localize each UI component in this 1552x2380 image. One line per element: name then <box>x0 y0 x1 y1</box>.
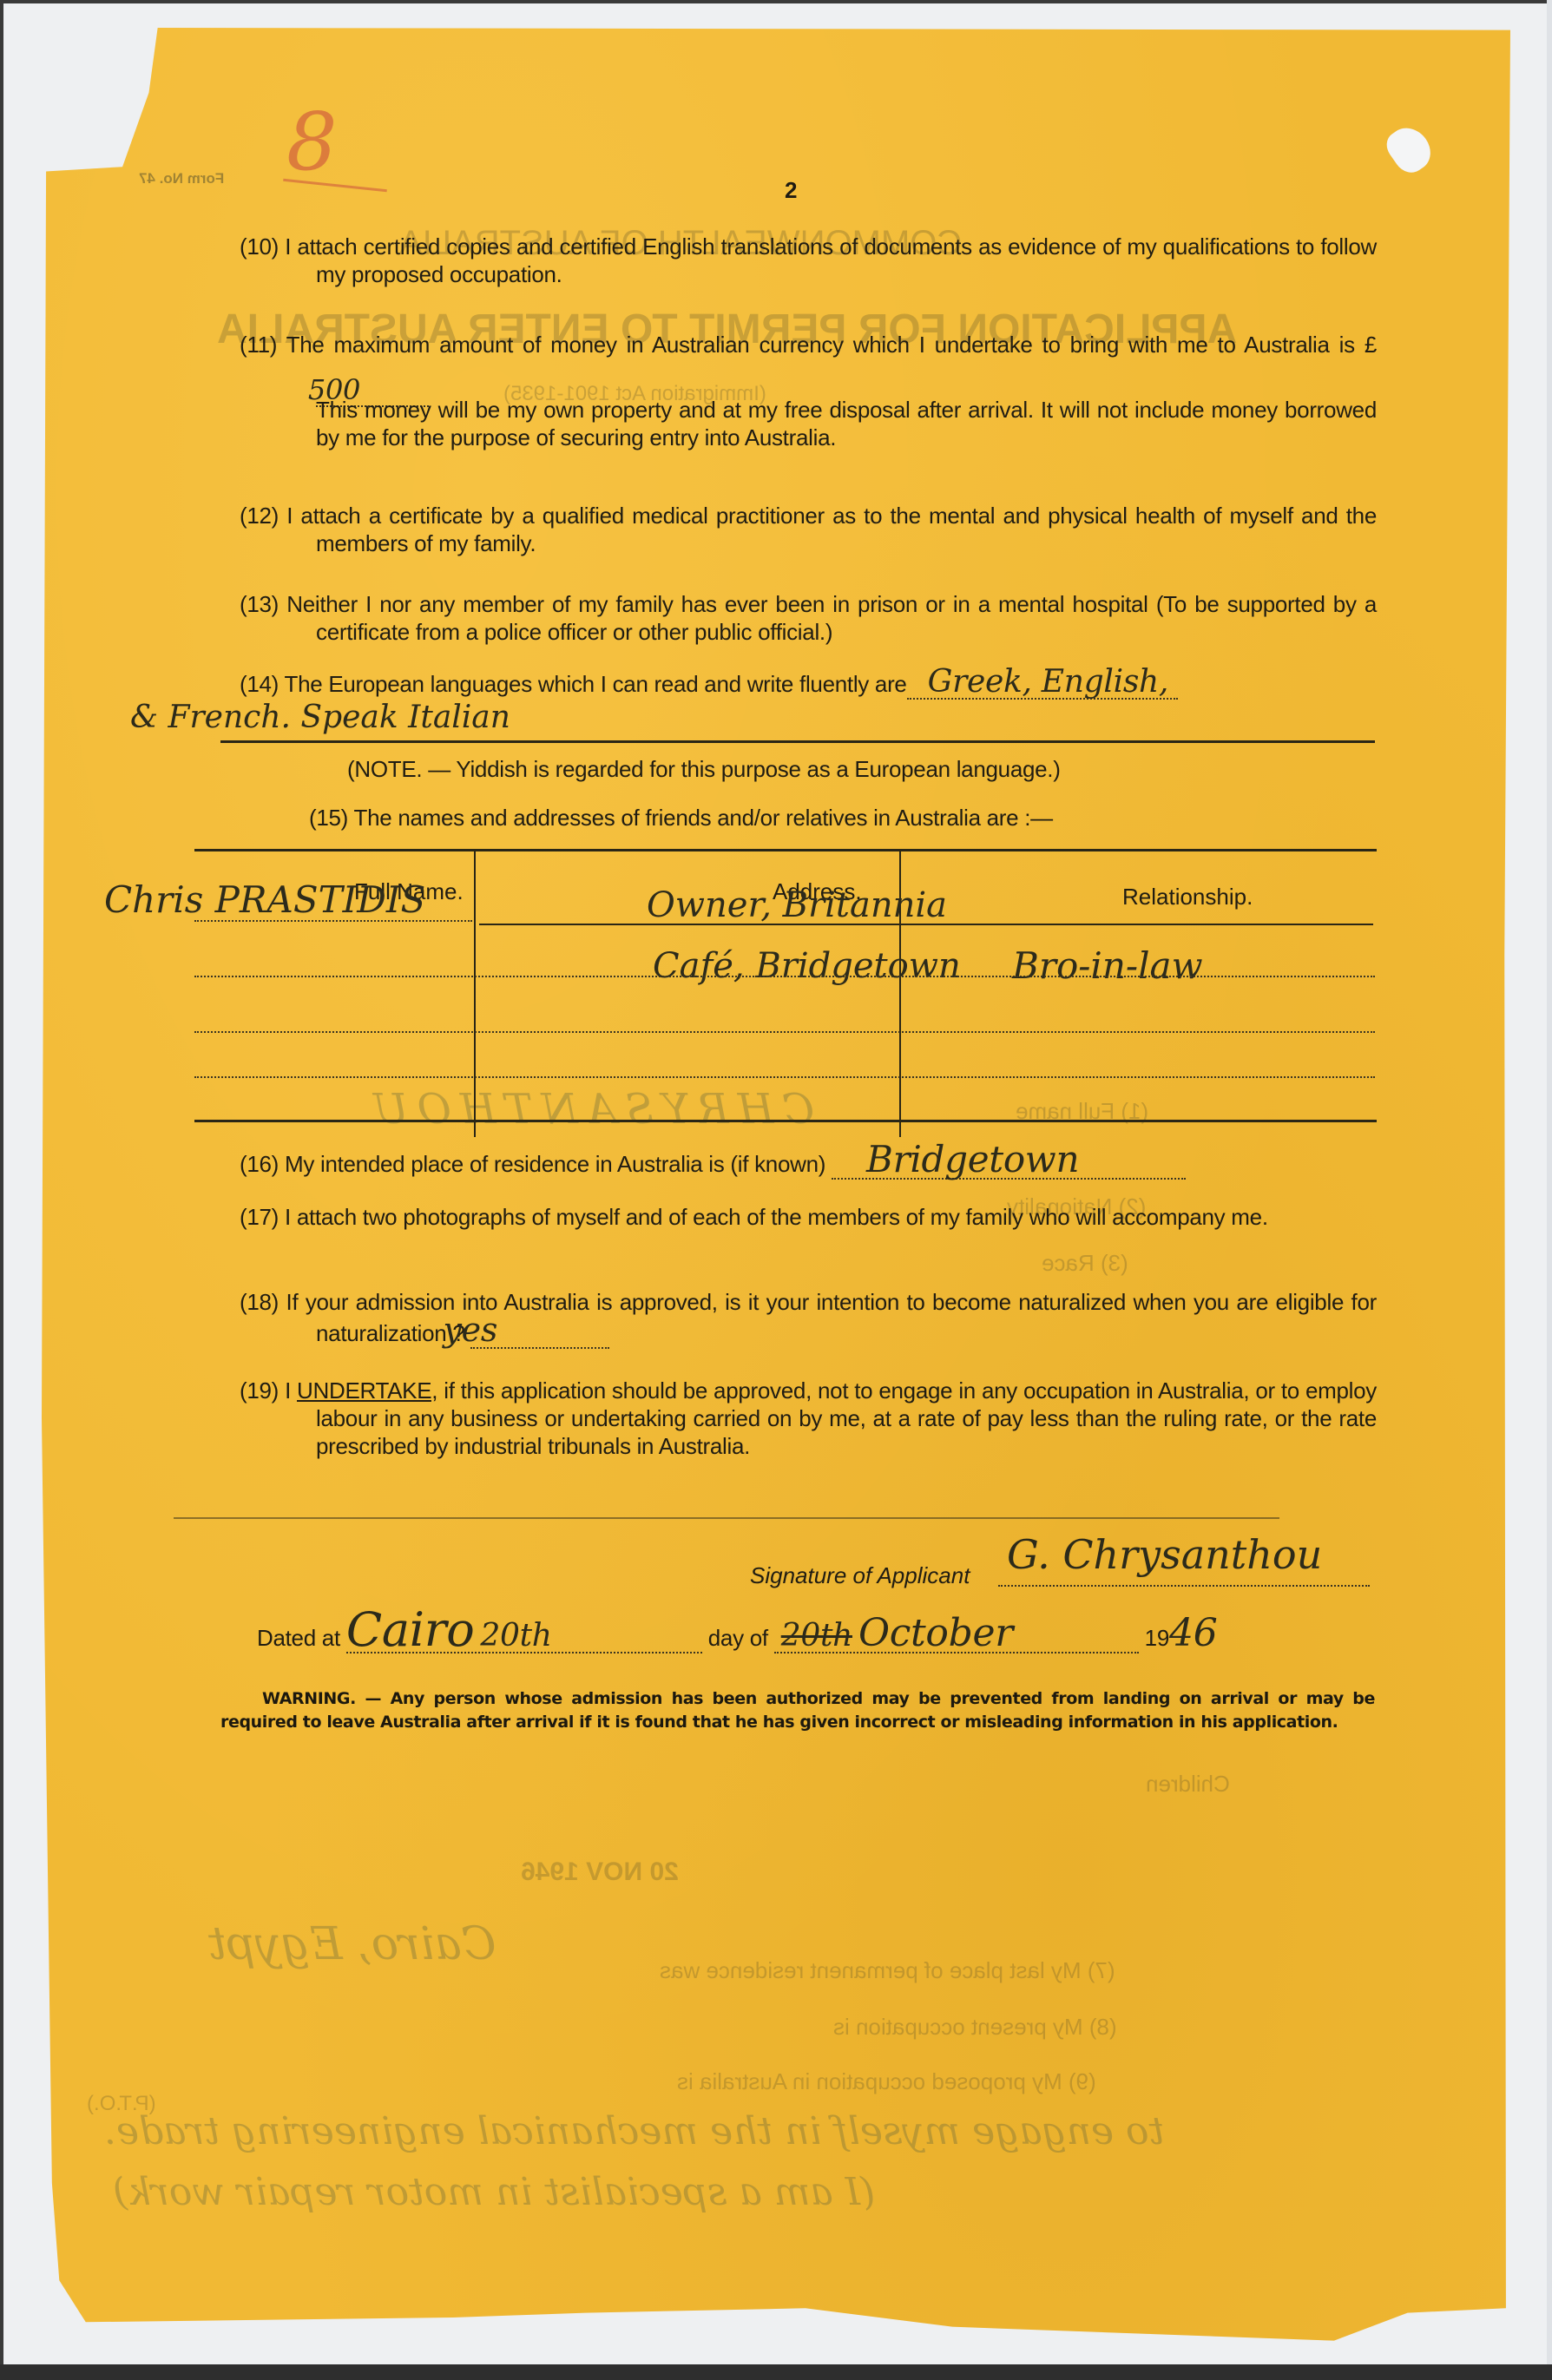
question-number: (10) <box>240 233 279 260</box>
question-text: The names and addresses of friends and/o… <box>354 805 1053 831</box>
signature-field[interactable] <box>998 1585 1370 1587</box>
bleed-q9-answer: to engage myself in the mechanical engin… <box>104 2109 1164 2153</box>
residence-field[interactable]: Bridgetown <box>832 1146 1186 1180</box>
year-prefix: 19 <box>1145 1625 1169 1651</box>
table-top-rule <box>194 849 1377 851</box>
question-11: (11) The maximum amount of money in Aust… <box>240 321 1377 451</box>
question-text-continued: This money will be my own property and a… <box>240 396 1377 451</box>
row-4-line <box>194 1076 1375 1078</box>
bleed-q3: (3) Race <box>1042 1250 1128 1277</box>
bleed-stamp: 20 NOV 1946 <box>521 1857 679 1887</box>
yiddish-note: (NOTE. — Yiddish is regarded for this pu… <box>347 755 1302 783</box>
languages-answer-continued[interactable]: & French. Speak Italian <box>130 700 510 735</box>
scan-border-left <box>0 0 3 2380</box>
row-1-line <box>479 924 1373 925</box>
scan-border-right <box>1547 0 1552 2380</box>
question-number: (12) <box>240 503 279 529</box>
friend-address-line-1[interactable]: Owner, Britannia <box>647 885 947 925</box>
day-of-label: day of <box>708 1625 768 1651</box>
question-12: (12) I attach a certificate by a qualifi… <box>240 502 1377 557</box>
question-13: (13) Neither I nor any member of my fami… <box>240 590 1377 646</box>
bleed-q7-answer: Cairo, Egypt <box>208 1918 496 1970</box>
question-text: My intended place of residence in Austra… <box>285 1151 825 1177</box>
table-col-divider-1 <box>474 851 476 1137</box>
dated-line: Dated at Cairo 20th day of 20th October … <box>257 1616 1385 1654</box>
dated-place-field[interactable]: Cairo 20th <box>346 1616 702 1654</box>
friend-address-line-2[interactable]: Café, Bridgetown <box>653 946 961 986</box>
signature-section-rule <box>174 1517 1279 1519</box>
row-3-line <box>194 1031 1375 1033</box>
question-number: (18) <box>240 1289 279 1315</box>
dated-at-label: Dated at <box>257 1625 340 1651</box>
question-number: (14) <box>240 671 279 697</box>
question-number: (16) <box>240 1151 279 1177</box>
question-text: I attach two photographs of myself and o… <box>285 1204 1268 1230</box>
question-number: (17) <box>240 1204 279 1230</box>
warning-text: Any person whose admission has been auth… <box>220 1689 1375 1732</box>
naturalization-answer-field[interactable]: yes <box>470 1316 609 1349</box>
bleed-children: Children <box>1146 1771 1230 1798</box>
question-10: (10) I attach certified copies and certi… <box>240 233 1377 288</box>
bleed-surname: CHRYSANTHOU <box>365 1085 814 1134</box>
scan-border-top <box>0 0 1552 3</box>
question-19: (19) I UNDERTAKE, if this application sh… <box>240 1377 1377 1460</box>
question-number: (11) <box>240 332 277 358</box>
question-text: if this application should be approved, … <box>316 1377 1377 1459</box>
question-18: (18) If your admission into Australia is… <box>240 1288 1377 1349</box>
question-number: (19) <box>240 1377 279 1404</box>
question-text: I attach certified copies and certified … <box>285 233 1377 287</box>
bleed-q7: (7) My last place of permanent residence… <box>660 1957 1115 1984</box>
row-2-line <box>194 976 1375 977</box>
friend-full-name[interactable]: Chris PRASTIDIS <box>104 878 425 921</box>
question-16: (16) My intended place of residence in A… <box>240 1146 1377 1180</box>
warning-label: WARNING. — <box>262 1689 381 1708</box>
row-1-name-line <box>194 920 472 922</box>
question-14: (14) The European languages which I can … <box>240 668 1377 700</box>
friend-relationship[interactable]: Bro-in-law <box>1012 944 1203 987</box>
question-number: (15) <box>309 805 348 831</box>
bleed-q9-note: (I am a specialist in motor repair work) <box>113 2170 875 2214</box>
red-pencil-annotation: 8 <box>286 95 338 188</box>
warning-notice: WARNING. — Any person whose admission ha… <box>220 1687 1375 1734</box>
question-17: (17) I attach two photographs of myself … <box>240 1203 1377 1231</box>
table-bottom-rule <box>194 1120 1377 1122</box>
bleed-q8: (8) My present occupation is <box>833 2014 1117 2041</box>
question-number: (13) <box>240 591 279 617</box>
page-number: 2 <box>785 177 797 204</box>
question-text: The European languages which I can read … <box>285 671 907 697</box>
applicant-signature: G. Chrysanthou <box>1007 1531 1322 1578</box>
dated-month-field[interactable]: 20th October <box>774 1620 1139 1654</box>
column-header-relationship: Relationship. <box>1122 884 1253 911</box>
scan-border-bottom <box>0 2364 1552 2380</box>
signature-label: Signature of Applicant <box>750 1562 970 1589</box>
year-suffix[interactable]: 46 <box>1169 1611 1217 1655</box>
form-number-mirrored: Form No. 47 <box>139 170 224 187</box>
question-14-rule <box>220 740 1375 743</box>
bleed-q9: (9) My proposed occupation in Australia … <box>677 2068 1096 2095</box>
question-15: (15) The names and addresses of friends … <box>309 804 1351 832</box>
question-text: I attach a certificate by a qualified me… <box>286 503 1377 556</box>
languages-field[interactable]: Greek, English, <box>907 668 1178 700</box>
undertake-emphasis: UNDERTAKE, <box>297 1377 437 1404</box>
question-text: The maximum amount of money in Australia… <box>286 332 1377 358</box>
question-text: Neither I nor any member of my family ha… <box>286 591 1377 645</box>
